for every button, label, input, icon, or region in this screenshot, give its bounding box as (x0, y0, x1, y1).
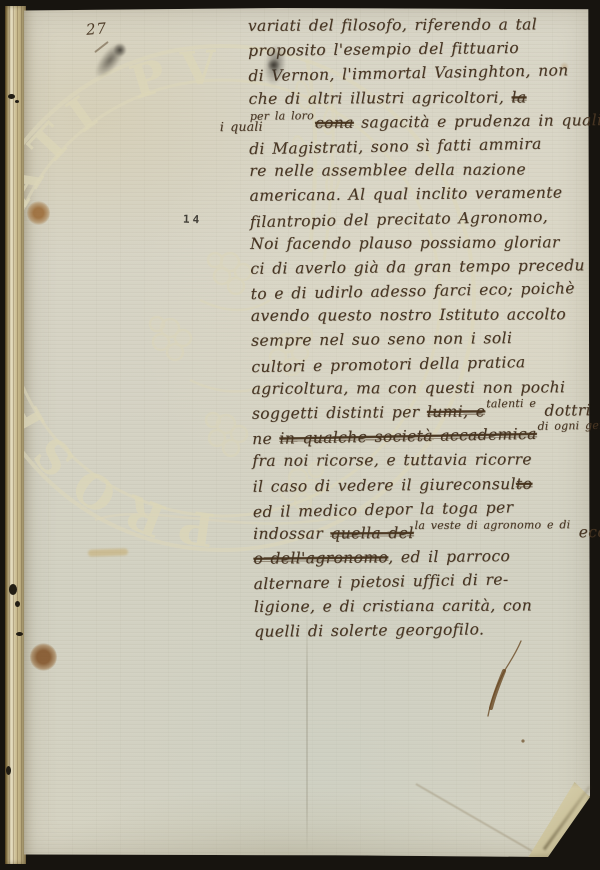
manuscript-text: ne (252, 430, 280, 448)
manuscript-text: sempre nel suo seno non i soli (251, 330, 512, 351)
manuscript-text: che di altri illustri agricoltori, (249, 88, 512, 107)
manuscript-text: filantropio del precitato Agronomo, (250, 207, 548, 230)
paper-stain (88, 548, 128, 556)
manuscript-text: , ed il parroco (388, 547, 510, 566)
ink-smudge (112, 42, 128, 58)
interline-insertion: per la loro (250, 109, 314, 123)
manuscript-text: di Vernon, l'immortal Vasinghton, non (248, 62, 569, 86)
manuscript-text: soggetti distinti per (252, 403, 427, 423)
ink-stain (30, 643, 57, 671)
manuscript-line: alternare i pietosi uffici di re- (253, 566, 599, 597)
manuscript-text: proposito l'esempio del fittuario (248, 39, 519, 60)
manuscript-text: agricoltura, ma con questi non pochi (252, 378, 566, 398)
ink-smudge (266, 58, 281, 72)
struck-text: lumi, e (427, 402, 486, 421)
ink-speck (16, 632, 23, 636)
manuscript-text: di Magistrati, sono sì fatti ammira (249, 135, 542, 158)
ink-stain (27, 201, 50, 225)
ink-speck (8, 94, 15, 99)
archive-stamp-number: 14 (183, 213, 203, 227)
struck-text: to (516, 474, 533, 492)
manuscript-text: alternare i pietosi uffici di re- (254, 571, 509, 594)
interline-insertion: talenti e (486, 397, 536, 411)
struck-text: in qualche società accademica (279, 425, 537, 448)
manuscript-text: Noi facendo plauso possiamo gloriar (250, 233, 560, 253)
struck-text: la (511, 88, 526, 106)
manuscript-text: sagacità e prudenza in qualità (354, 111, 600, 132)
manuscript-text: cultori e promotori della pratica (251, 353, 525, 376)
manuscript-line: variati del filosofo, riferendo a tal (248, 12, 594, 38)
manuscript-line: re nelle assemblee della nazione (249, 157, 595, 183)
manuscript-line: quelli di solerte georgofilo. (254, 616, 600, 644)
ink-speck (15, 601, 20, 607)
manuscript-text: ligione, e di cristiana carità, con (254, 596, 532, 615)
manuscript-scan: PROSPERITATI PV (0, 0, 600, 870)
ink-speck (9, 584, 17, 595)
manuscript-text: to e di udirlo adesso farci eco; poichè (250, 279, 575, 303)
manuscript-text: fra noi ricorse, e tuttavia ricorre (252, 451, 532, 470)
manuscript-text: re nelle assemblee della nazione (249, 161, 526, 180)
manuscript-text: avendo questo nostro Istituto accolto (251, 306, 566, 326)
manuscript-line: filantropio del precitato Agronomo, (250, 203, 596, 234)
manuscript-text: dottri (537, 401, 591, 420)
manuscript-text: indossar (253, 524, 330, 542)
manuscript-text: americana. Al qual inclito veramente (250, 184, 563, 205)
ink-speck (6, 766, 11, 775)
manuscript-line: agricoltura, ma con questi non pochi (252, 375, 598, 401)
manuscript-line: indossar quella della veste di agronomo … (253, 520, 599, 546)
manuscript-line: avendo questo nostro Istituto accolto (251, 302, 597, 328)
interline-insertion: di ogni genere (538, 419, 600, 434)
vertical-crease (306, 607, 308, 855)
folio-number: 27 (85, 19, 108, 39)
struck-text: o dell'agronomo (253, 549, 388, 568)
interline-insertion: la veste di agronomo e di (415, 518, 571, 532)
manuscript-line: ligione, e di cristiana carità, con (254, 593, 600, 619)
manuscript-line: di Vernon, l'immortal Vasinghton, non (248, 58, 594, 89)
manuscript-text: ci di averlo già da gran tempo precedu (250, 256, 585, 278)
manuscript-line: che di altri illustri agricoltori, la (249, 85, 595, 111)
manuscript-text: variati del filosofo, riferendo a tal (248, 15, 537, 35)
manuscript-text: il caso di vedere il giureconsul (253, 475, 516, 496)
struck-text: quella del (330, 524, 413, 542)
binding-edge (5, 6, 26, 864)
manuscript-text: economista, (571, 523, 600, 542)
struck-text: cona (315, 113, 354, 131)
manuscript-text-column: variati del filosofo, riferendo a talpro… (248, 11, 600, 643)
manuscript-text: ed il medico depor la toga per (253, 498, 514, 521)
ink-speck (15, 100, 19, 103)
manuscript-line: fra noi ricorse, e tuttavia ricorre (252, 447, 598, 473)
manuscript-text: quelli di solerte georgofilo. (254, 620, 484, 640)
manuscript-line: Noi facendo plauso possiamo gloriar (250, 230, 596, 256)
